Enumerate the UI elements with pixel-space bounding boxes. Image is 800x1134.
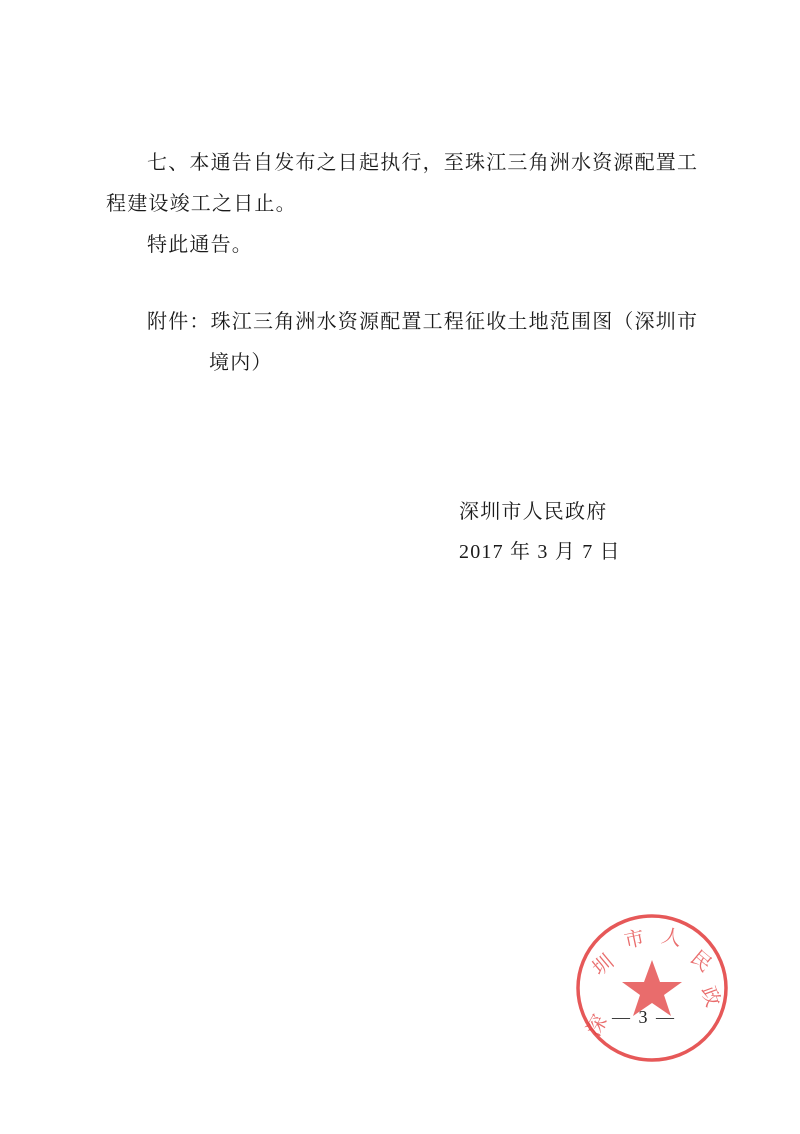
svg-text:市: 市 (622, 925, 647, 953)
svg-text:政: 政 (696, 983, 725, 1010)
issuer-name: 深圳市人民政府 (459, 497, 607, 525)
paragraph-7-line-2: 程建设竣工之日止。 (106, 189, 297, 217)
issue-date: 2017 年 3 月 7 日 (459, 538, 621, 566)
closing-statement: 特此通告。 (147, 230, 253, 258)
paragraph-7-line-1: 七、本通告自发布之日起执行，至珠江三角洲水资源配置工 (147, 148, 698, 176)
official-seal: 深 圳 市 人 民 政 (574, 912, 730, 1064)
svg-text:圳: 圳 (587, 949, 618, 980)
page-number: — 3 — (612, 1007, 676, 1028)
attachment-line-2: 境内） (209, 348, 273, 376)
svg-text:深: 深 (581, 1011, 612, 1040)
svg-text:民: 民 (686, 945, 717, 976)
attachment-line-1: 附件：珠江三角洲水资源配置工程征收土地范围图（深圳市 (147, 307, 698, 335)
svg-text:人: 人 (660, 923, 685, 951)
